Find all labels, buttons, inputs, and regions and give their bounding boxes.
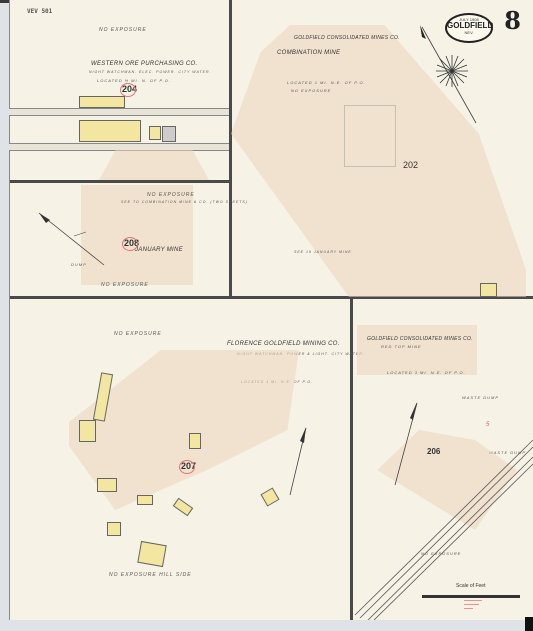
divider-v-top [229, 0, 232, 298]
street [9, 143, 229, 151]
panel-208-title: JANUARY MINE [135, 247, 183, 253]
dump-label: WASTE DUMP [462, 395, 499, 400]
panel-204-location: LOCATED ½ MI. N. OF P.O. [97, 78, 171, 83]
exposure-note: NO EXPOSURE HILL SIDE [109, 572, 192, 578]
building [137, 495, 153, 505]
building [162, 126, 176, 142]
divider-h-left-mid [9, 180, 231, 183]
panel-208-note: SEE TO COMBINATION MINE & CO. (TWO SHEET… [121, 200, 248, 204]
panel-206-title: GOLDFIELD CONSOLIDATED MINES CO. [367, 336, 473, 342]
panel-202-note: SEE 19 JANUARY MINE [294, 250, 352, 254]
map-sheet: VEV 501 JULY 1908 GOLDFIELD NEV. 8 NO EX… [9, 0, 533, 620]
sheet-left-border [9, 0, 10, 620]
north-arrow-icon [392, 400, 422, 490]
exposure-note: NO EXPOSURE [147, 192, 195, 198]
building [107, 522, 121, 536]
sheet-number: 8 [504, 6, 521, 35]
building [79, 96, 125, 108]
panel-202-location: LOCATED 1 MI. N.E. OF P.O. [287, 80, 366, 85]
panel-202-subtitle: COMBINATION MINE [277, 50, 340, 56]
panel-207-title: FLORENCE GOLDFIELD MINING CO. [227, 341, 340, 347]
scale-label: Scale of Feet [456, 583, 485, 589]
building [79, 420, 96, 442]
building [260, 487, 279, 506]
building [189, 433, 201, 449]
panel-204-title: WESTERN ORE PURCHASING CO. [91, 61, 197, 67]
panel-202-number: 202 [403, 160, 418, 170]
north-arrow-icon [34, 210, 114, 270]
panel-202-title: GOLDFIELD CONSOLIDATED MINES CO. [294, 35, 354, 41]
library-stamp: ▬▬▬▬▬▬▬▬▬▬▬▬▬▬ [464, 598, 504, 610]
building [173, 498, 193, 517]
panel-204-number: 204 [122, 84, 137, 94]
panel-204-subtitle: NIGHT WATCHMAN. ELEC. POWER. CITY WATER. [89, 70, 212, 74]
paste-over [357, 325, 477, 375]
corner-block [525, 617, 533, 631]
exposure-note: NO EXPOSURE [101, 282, 149, 288]
panel-206-subtitle: RED TOP MINE [381, 344, 422, 349]
building [137, 541, 166, 567]
panel-207-number: 207 [181, 461, 196, 471]
paste-over [99, 150, 209, 180]
building-outline [344, 105, 396, 167]
building [97, 478, 117, 492]
railroad-tracks [350, 420, 533, 620]
exposure-note: NO EXPOSURE [291, 88, 331, 93]
building [480, 283, 497, 297]
volume-stamp: VEV 501 [27, 8, 52, 15]
building [79, 120, 141, 142]
north-arrow-icon [284, 425, 314, 500]
exposure-note: NO EXPOSURE [99, 27, 147, 33]
panel-206-location: LOCATED 3 MI. N.E. OF P.O. [387, 370, 466, 375]
street [9, 108, 229, 116]
exposure-note: NO EXPOSURE [114, 331, 162, 337]
building [149, 126, 161, 140]
